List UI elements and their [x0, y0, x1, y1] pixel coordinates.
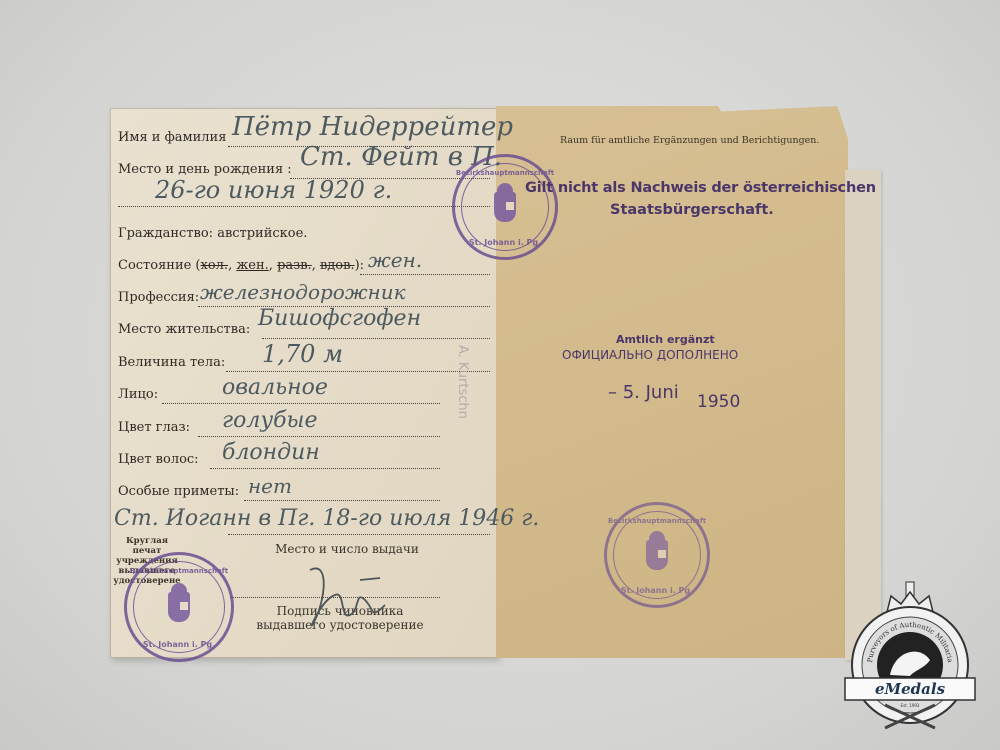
svg-text:Est. 1993: Est. 1993	[901, 703, 920, 708]
field-value: 1,70 м	[262, 340, 343, 368]
option-married: жен.	[236, 258, 268, 273]
option-widowed: вдов.	[320, 258, 355, 273]
coat-of-arms-icon	[646, 540, 668, 570]
field-label: Величина тела:	[118, 355, 225, 370]
issue-caption: Место и число выдачи	[262, 542, 432, 556]
amended-russian: ОФИЦИАЛЬНО ДОПОЛНЕНО	[562, 348, 738, 362]
faint-stamp: A. Kurtschn	[455, 345, 470, 419]
field-label: Место жительства:	[118, 322, 250, 337]
amended-german: Amtlich ergänzt	[616, 333, 715, 346]
issue-place-date-value: Ст. Иоганн в Пг. 18-го июля 1946 г.	[114, 506, 539, 531]
field-value: 26-го июня 1920 г.	[155, 176, 392, 204]
field-value: Пётр Нидеррейтер	[232, 112, 513, 142]
field-value: Бишофсгофен	[258, 306, 421, 331]
amendment-date: – 5. Juni	[608, 382, 679, 403]
official-signature	[290, 560, 400, 650]
field-value: нет	[248, 474, 292, 498]
field-label: Состояние (	[118, 258, 201, 273]
citizenship-disclaimer-line1: Gilt nicht als Nachweis der österreichis…	[525, 180, 876, 196]
field-value: голубые	[222, 408, 318, 433]
official-stamp-right: Bezirkshauptmannschaft St. Johann i. Pg.	[604, 502, 710, 608]
field-label: Цвет глаз:	[118, 420, 190, 435]
amendment-year: 1950	[697, 392, 740, 412]
coat-of-arms-icon	[168, 592, 190, 622]
field-label: Место и день рождения :	[118, 162, 292, 177]
official-stamp-top: Bezirkshauptmannschaft St. Johann i. Pg.	[452, 154, 558, 260]
field-label: Особые приметы:	[118, 484, 239, 499]
emedals-logo: eMedals Est. 1993 Purveyors of Authentic…	[835, 580, 985, 730]
official-stamp-bottom-left: Bezirkshauptmannschaft St. Johann i. Pg.	[124, 552, 234, 662]
field-value: железнодорожник	[200, 280, 406, 304]
svg-text:eMedals: eMedals	[875, 680, 946, 698]
field-citizenship: Гражданство: австрийское.	[118, 226, 307, 241]
citizenship-disclaimer-line2: Staatsbürgerschaft.	[610, 202, 774, 218]
amendments-header: Raum für amtliche Ergänzungen und Berich…	[560, 135, 819, 146]
field-label: Лицо:	[118, 387, 158, 402]
field-label: Цвет волос:	[118, 452, 199, 467]
field-value: жен.	[368, 248, 422, 272]
coat-of-arms-icon	[494, 192, 516, 222]
field-value: овальное	[222, 375, 328, 400]
field-label: Профессия:	[118, 290, 199, 305]
field-value: блондин	[222, 440, 320, 465]
option-divorced: разв.	[277, 258, 312, 273]
field-label: Имя и фамилия	[118, 130, 226, 145]
option-single: хол.	[201, 258, 229, 273]
